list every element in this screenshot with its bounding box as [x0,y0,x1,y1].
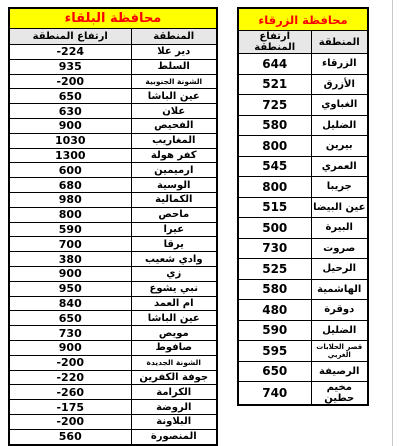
elevation-cell: -200 [9,74,131,89]
table-row: 560المنصورة [9,429,217,444]
region-cell: دوقرة [311,300,368,321]
region-cell: الشونة الجديدة [131,355,217,370]
region-cell: علان [131,104,217,119]
region-cell: الزرقاء [311,54,368,75]
table-row: 900زي [9,266,217,281]
region-cell: المنصورة [131,429,217,444]
elevation-cell: 590 [9,222,131,237]
region-cell: العمري [311,156,368,177]
elevation-cell: 590 [238,320,311,341]
region-cell: الرصيفة [311,361,368,382]
region-cell: قصر الحلابات الغربي [311,341,368,362]
elevation-cell: 521 [238,74,311,95]
table-row: 840ام العمد [9,296,217,311]
region-cell: عين البيضا [311,197,368,218]
elevation-cell: 980 [9,192,131,207]
elevation-cell: 800 [9,207,131,222]
table-row: 740مخيم حطين [238,382,368,406]
elevation-cell: 650 [9,89,131,104]
region-cell: البيرة [311,218,368,239]
table-row: 650الرصيفة [238,361,368,382]
table-title: محافظة الزرقاء [238,8,368,31]
elevation-cell: 740 [238,382,311,406]
table-header-row: ارتفاع المنطقة المنطقة [238,31,368,54]
table-row: -200الشونة الجديدة [9,355,217,370]
region-cell: السلط [131,59,217,74]
region-cell: البلاونة [131,414,217,429]
region-cell: الغباوي [311,95,368,116]
elevation-cell: 644 [238,54,311,75]
table-row: -220جوفة الكفرين [9,370,217,385]
elevation-cell: 840 [9,296,131,311]
table-title-row: محافظة الزرقاء [238,8,368,31]
elevation-cell: 630 [9,104,131,119]
elevation-cell: 595 [238,341,311,362]
table-row: 644الزرقاء [238,54,368,75]
region-cell: الوسية [131,178,217,193]
table-row: 595قصر الحلابات الغربي [238,341,368,362]
elevation-cell: 730 [238,238,311,259]
table-row: 900الفحيص [9,118,217,133]
region-cell: الرحيل [311,259,368,280]
elevation-cell: 800 [238,177,311,198]
elevation-cell: 680 [9,178,131,193]
table-row: 730صروت [238,238,368,259]
table-row: 800ماحص [9,207,217,222]
region-cell: الضليل [311,320,368,341]
table-row: 545العمري [238,156,368,177]
elevation-cell: 500 [238,218,311,239]
elevation-cell: 580 [238,279,311,300]
elevation-column-header: ارتفاع المنطقة [238,31,311,54]
region-cell: جوفة الكفرين [131,370,217,385]
table-row: 515عين البيضا [238,197,368,218]
elevation-cell: 545 [238,156,311,177]
region-cell: بيرين [311,136,368,157]
region-cell: جريبا [311,177,368,198]
table-row: -200الشونة الجنوبية [9,74,217,89]
table-row: 800جريبا [238,177,368,198]
table-row: 950نبي يشوع [9,281,217,296]
table-body: -224دير علا935السلط-200الشونة الجنوبية65… [9,45,217,445]
region-cell: وادي شعيب [131,252,217,267]
elevation-cell: 560 [9,429,131,444]
elevation-cell: 480 [238,300,311,321]
page-gridline [392,0,393,446]
table-row: 650عين الباشا [9,311,217,326]
table-row: 650عين الباشا [9,89,217,104]
region-cell: المغاريب [131,133,217,148]
table-row: 630علان [9,104,217,119]
elevation-cell: 380 [9,252,131,267]
elevation-cell: 700 [9,237,131,252]
region-cell: دير علا [131,45,217,60]
region-column-header: المنطقة [311,31,368,54]
table-row: -200البلاونة [9,414,217,429]
table-row: 500البيرة [238,218,368,239]
elevation-cell: 800 [238,136,311,157]
table-row: 730مويص [9,326,217,341]
table-row: 525الرحيل [238,259,368,280]
elevation-cell: -220 [9,370,131,385]
table-header-row: ارتفاع المنطقة المنطقة [9,29,217,45]
region-cell: الأزرق [311,74,368,95]
table-row: -175الروضة [9,400,217,415]
elevation-cell: 935 [9,59,131,74]
elevation-cell: 900 [9,266,131,281]
table-row: 700يرقا [9,237,217,252]
table-row: -260الكرامة [9,385,217,400]
table-row: 725الغباوي [238,95,368,116]
table-row: 580الهاشمية [238,279,368,300]
region-cell: الفحيص [131,118,217,133]
elevation-cell: -224 [9,45,131,60]
elevation-cell: 900 [9,340,131,355]
table-row: 1030المغاريب [9,133,217,148]
region-cell: عين الباشا [131,89,217,104]
balqa-governorate-table: محافظة البلقاء ارتفاع المنطقة المنطقة -2… [8,7,218,446]
region-cell: مخيم حطين [311,382,368,406]
table-row: 600ارميمين [9,163,217,178]
table-body: 644الزرقاء521الأزرق725الغباوي580الضليل80… [238,54,368,406]
elevation-cell: 650 [238,361,311,382]
region-cell: الكرامة [131,385,217,400]
region-cell: ماحص [131,207,217,222]
region-cell: الكمالية [131,192,217,207]
elevation-cell: -200 [9,414,131,429]
region-cell: الشونة الجنوبية [131,74,217,89]
zarqa-governorate-table: محافظة الزرقاء ارتفاع المنطقة المنطقة 64… [237,7,369,406]
table-row: 980الكمالية [9,192,217,207]
elevation-column-header: ارتفاع المنطقة [9,29,131,45]
elevation-cell: 1030 [9,133,131,148]
region-cell: عين الباشا [131,311,217,326]
region-column-header: المنطقة [131,29,217,45]
table-row: 480دوقرة [238,300,368,321]
table-title: محافظة البلقاء [9,8,217,29]
table-row: 680الوسية [9,178,217,193]
table-row: 580الضليل [238,115,368,136]
region-cell: الروضة [131,400,217,415]
table-row: 380وادي شعيب [9,252,217,267]
elevation-cell: -200 [9,355,131,370]
table-row: 1300كفر هولة [9,148,217,163]
region-cell: زي [131,266,217,281]
elevation-cell: 725 [238,95,311,116]
table-row: 590عيرا [9,222,217,237]
elevation-cell: 1300 [9,148,131,163]
region-cell: ام العمد [131,296,217,311]
table-title-row: محافظة البلقاء [9,8,217,29]
region-cell: ارميمين [131,163,217,178]
elevation-cell: 515 [238,197,311,218]
elevation-cell: 650 [9,311,131,326]
elevation-cell: 900 [9,118,131,133]
elevation-cell: 950 [9,281,131,296]
region-cell: يرقا [131,237,217,252]
region-cell: صروت [311,238,368,259]
region-cell: صافوط [131,340,217,355]
elevation-cell: 580 [238,115,311,136]
elevation-cell: 525 [238,259,311,280]
table-row: 590الضليل [238,320,368,341]
region-cell: الضليل [311,115,368,136]
table-row: 900صافوط [9,340,217,355]
table-row: 935السلط [9,59,217,74]
elevation-cell: 600 [9,163,131,178]
region-cell: عيرا [131,222,217,237]
table-row: 800بيرين [238,136,368,157]
region-cell: مويص [131,326,217,341]
elevation-cell: -175 [9,400,131,415]
elevation-cell: -260 [9,385,131,400]
elevation-cell: 730 [9,326,131,341]
table-row: 521الأزرق [238,74,368,95]
table-row: -224دير علا [9,45,217,60]
region-cell: نبي يشوع [131,281,217,296]
region-cell: كفر هولة [131,148,217,163]
region-cell: الهاشمية [311,279,368,300]
